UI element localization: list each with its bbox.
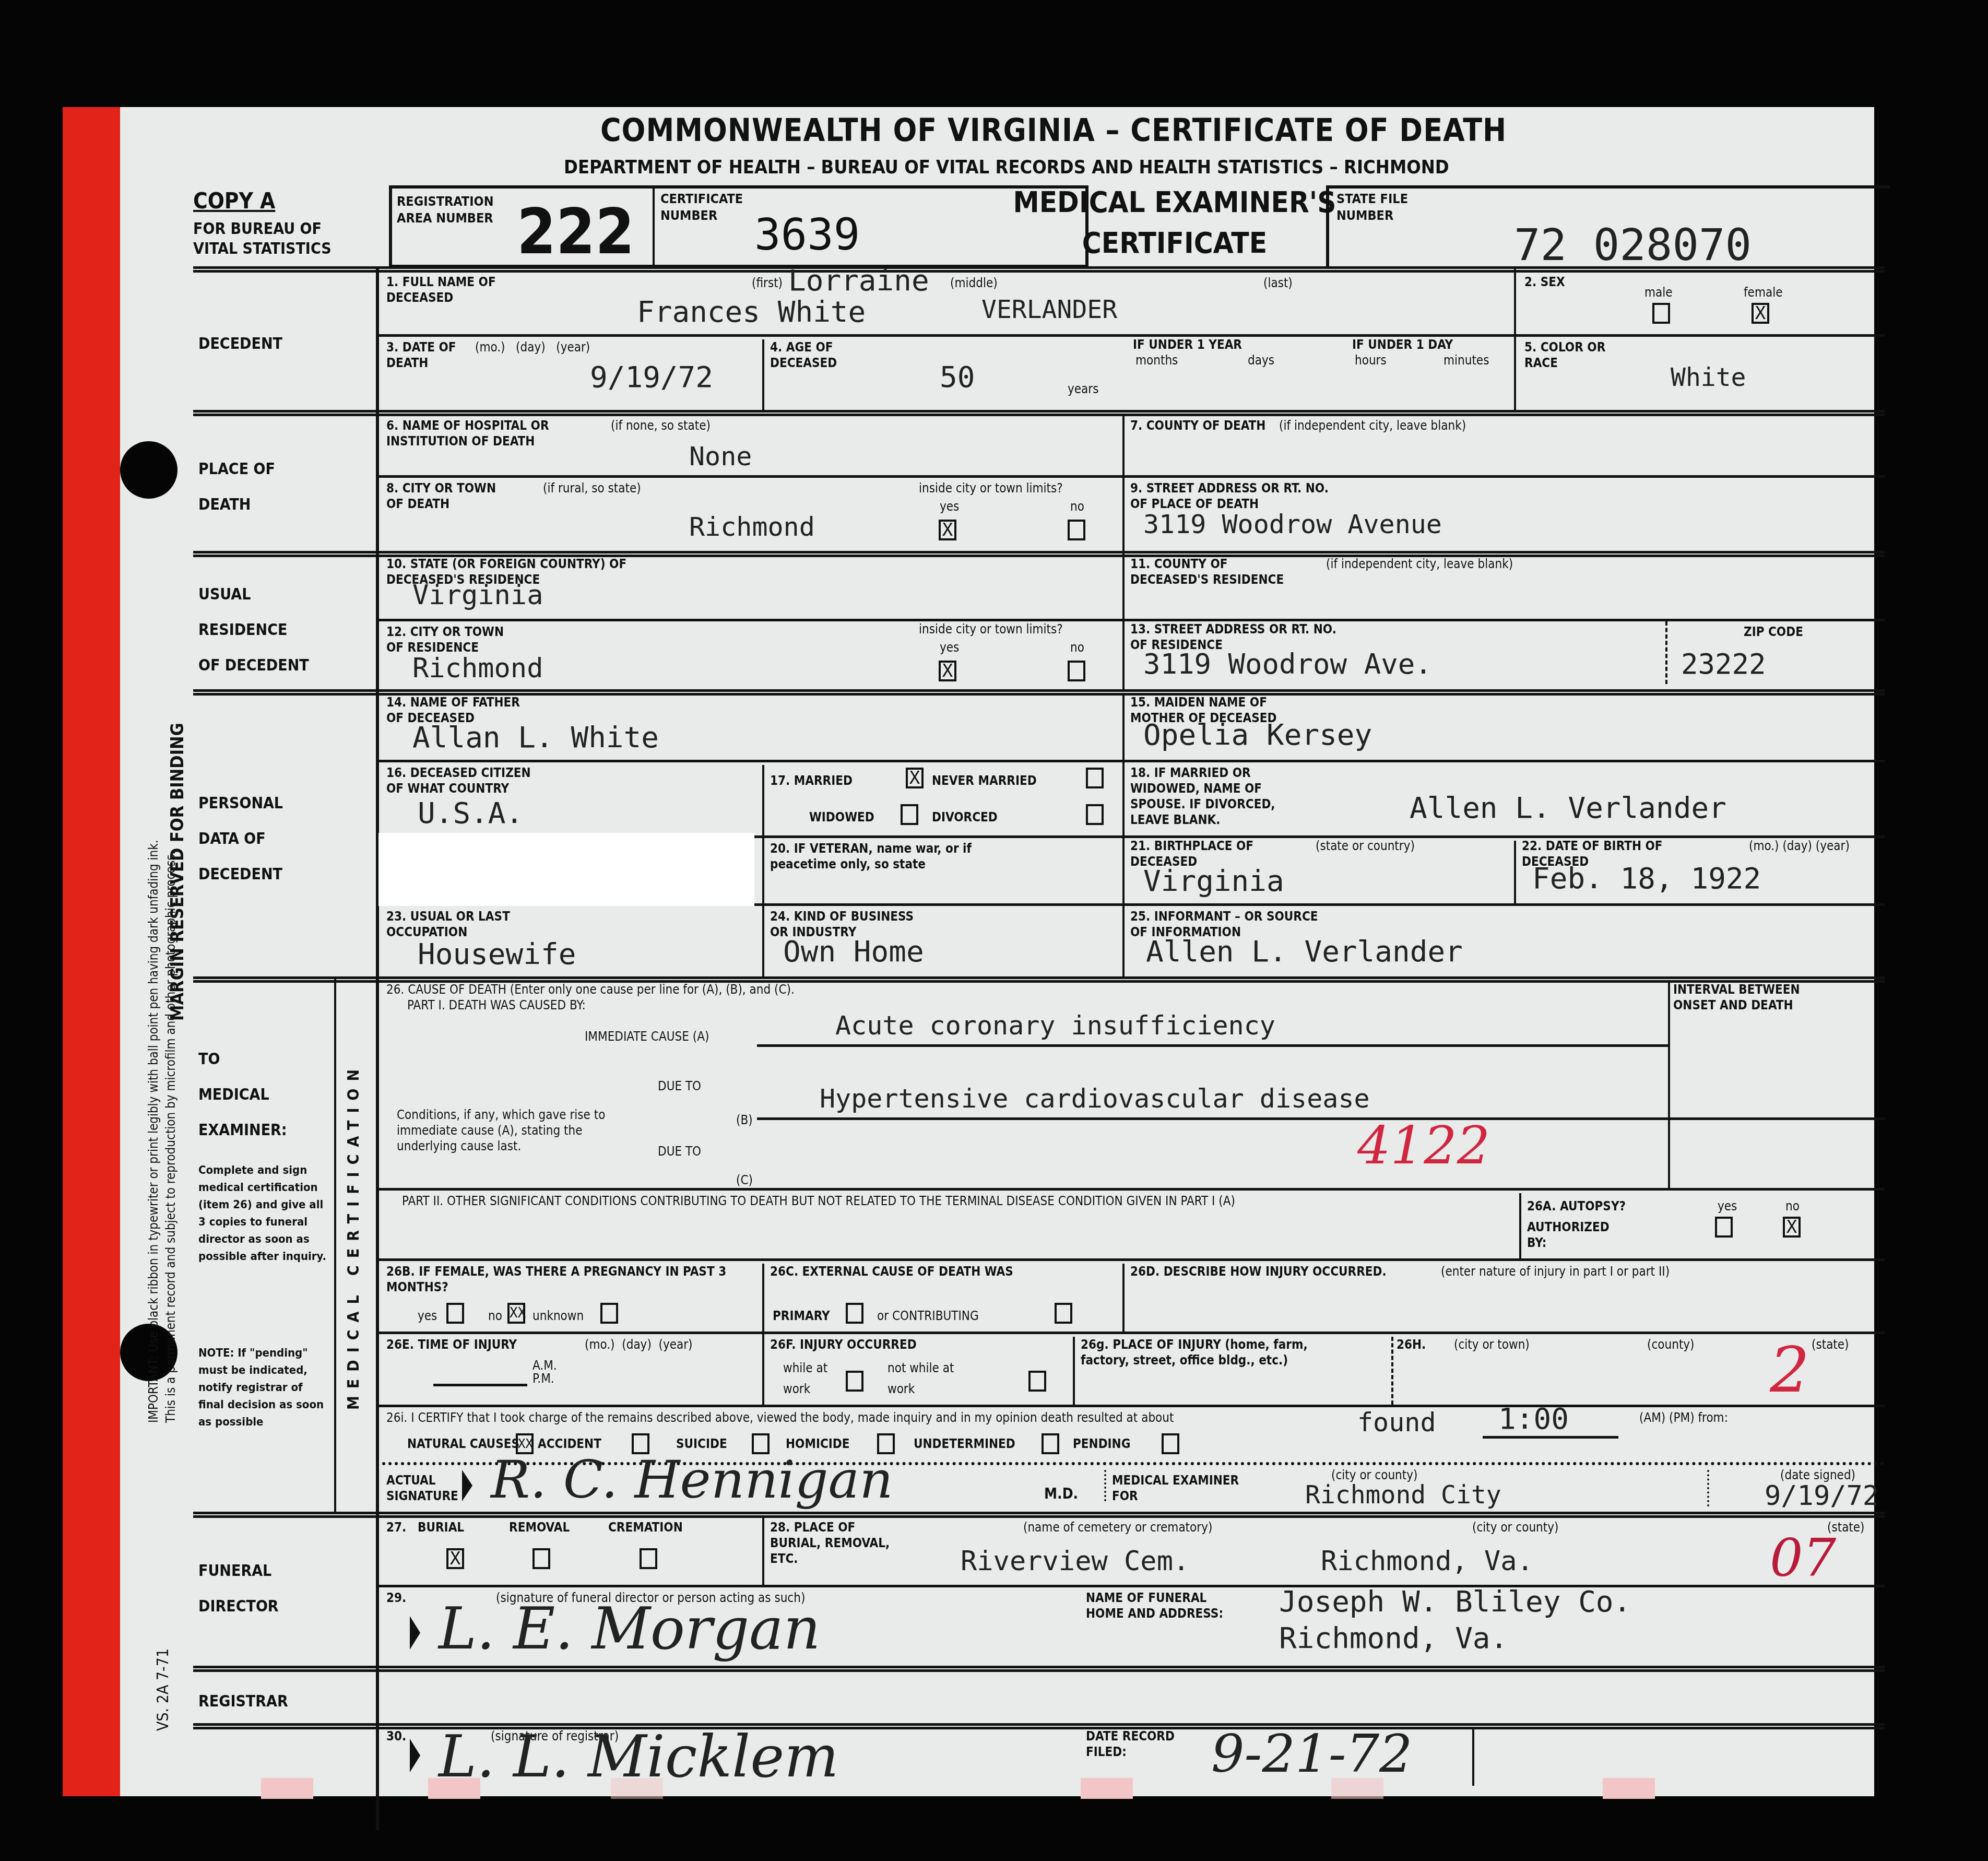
label-b: (B) bbox=[736, 1112, 753, 1128]
label-city-residence: 12. CITY OR TOWN OF RESIDENCE bbox=[386, 624, 512, 655]
checkbox-female[interactable]: X bbox=[1752, 303, 1769, 324]
hint-26h-state: (state) bbox=[1812, 1337, 1849, 1352]
hint-date: (mo.) (day) (year) bbox=[475, 339, 590, 355]
section-registrar: REGISTRAR bbox=[198, 1684, 288, 1719]
certificate-subtitle: DEPARTMENT OF HEALTH – BUREAU OF VITAL R… bbox=[564, 157, 1449, 178]
hint-last: (last) bbox=[1263, 275, 1293, 291]
label-place-burial: 28. PLACE OF BURIAL, REMOVAL, ETC. bbox=[770, 1520, 895, 1566]
hint-burial-city: (city or county) bbox=[1472, 1520, 1558, 1535]
conditions-note: Conditions, if any, which gave rise to i… bbox=[397, 1107, 642, 1154]
checkbox-widowed[interactable] bbox=[901, 804, 918, 825]
label-injury-occurred: 26f. INJURY OCCURRED bbox=[770, 1337, 917, 1352]
red-mark-2: 2 bbox=[1770, 1334, 1809, 1407]
value-date-of-death[interactable]: 9/19/72 bbox=[590, 360, 713, 394]
checkbox-res-no[interactable] bbox=[1068, 661, 1085, 681]
punch-hole bbox=[120, 441, 177, 499]
label-female: female bbox=[1744, 285, 1782, 300]
checkbox-preg-yes[interactable] bbox=[446, 1303, 464, 1324]
label-yes-res: yes bbox=[940, 640, 959, 655]
pending-note: NOTE: If "pending" must be indicated, no… bbox=[198, 1345, 329, 1431]
label-veteran: 20. IF VETERAN, name war, or if peacetim… bbox=[770, 841, 989, 872]
label-ampm: (AM) (PM) from: bbox=[1639, 1410, 1728, 1426]
label-autopsy: 26a. AUTOPSY? bbox=[1527, 1198, 1626, 1214]
value-birthplace[interactable]: Virginia bbox=[1143, 864, 1284, 898]
value-zip[interactable]: 23222 bbox=[1681, 647, 1766, 680]
label-county-death: 7. COUNTY OF DEATH bbox=[1130, 418, 1265, 433]
value-informant[interactable]: Allen L. Verlander bbox=[1146, 935, 1463, 969]
value-state-residence[interactable]: Virginia bbox=[412, 580, 543, 611]
label-male: male bbox=[1644, 285, 1673, 300]
label-place-injury: 26g. PLACE OF INJURY (home, farm, factor… bbox=[1081, 1337, 1326, 1368]
hint-26h-city: (city or town) bbox=[1454, 1337, 1530, 1352]
value-city-residence[interactable]: Richmond bbox=[412, 653, 543, 684]
label-citizen: 16. DECEASED CITIZEN OF WHAT COUNTRY bbox=[386, 765, 543, 796]
red-code-4122: 4122 bbox=[1357, 1115, 1490, 1176]
checkbox-autopsy-yes[interactable] bbox=[1715, 1217, 1733, 1238]
label-preg-unknown: unknown bbox=[532, 1308, 584, 1324]
section-personal-1: PERSONAL bbox=[198, 786, 283, 821]
label-no: no bbox=[1070, 499, 1084, 514]
hint-first: (first) bbox=[752, 275, 783, 291]
hint-26h-county: (county) bbox=[1647, 1337, 1695, 1352]
section-residence-1: USUAL bbox=[198, 577, 251, 613]
label-age: 4. AGE OF DECEASED bbox=[770, 339, 874, 371]
label-date-of-death: 3. DATE OF DEATH bbox=[386, 339, 465, 371]
value-race[interactable]: White bbox=[1671, 363, 1746, 392]
section-to-me-3: EXAMINER: bbox=[198, 1113, 287, 1148]
label-limits: inside city or town limits? bbox=[919, 480, 1063, 496]
redacted-field bbox=[378, 833, 754, 906]
label-contributing: or CONTRIBUTING bbox=[877, 1308, 979, 1324]
value-middle-name[interactable]: Frances White bbox=[637, 295, 866, 329]
label-time-injury: 26e. TIME OF INJURY bbox=[386, 1337, 517, 1352]
label-md: M.D. bbox=[1044, 1486, 1078, 1502]
form-code: VS. 2A 7-71 bbox=[154, 1648, 172, 1731]
label-interval: INTERVAL BETWEEN ONSET AND DEATH bbox=[1673, 982, 1830, 1013]
label-race: 5. COLOR OR RACE bbox=[1524, 339, 1608, 371]
value-first-name[interactable]: Lorraine bbox=[788, 264, 929, 298]
checkbox-undetermined[interactable] bbox=[1042, 1433, 1059, 1454]
label-days: days bbox=[1248, 352, 1274, 368]
label-undetermined: UNDETERMINED bbox=[914, 1436, 1015, 1452]
label-city-death: 8. CITY OR TOWN OF DEATH bbox=[386, 480, 512, 512]
hint-cemetery: (name of cemetery or crematory) bbox=[1023, 1520, 1212, 1535]
death-certificate: MARGIN RESERVED FOR BINDING IMPORTANT: U… bbox=[63, 107, 1874, 1796]
label-married: 17. MARRIED bbox=[770, 773, 853, 788]
checkbox-never-married[interactable] bbox=[1086, 768, 1104, 788]
section-to-me-1: TO bbox=[198, 1042, 220, 1077]
label-spouse: 18. IF MARRIED OR WIDOWED, NAME OF SPOUS… bbox=[1130, 765, 1318, 828]
label-sex: 2. SEX bbox=[1524, 274, 1565, 290]
me-signature[interactable]: R. C. Hennigan bbox=[491, 1449, 893, 1510]
value-age[interactable]: 50 bbox=[940, 360, 975, 394]
label-cremation: CREMATION bbox=[608, 1520, 683, 1535]
label-under-year: IF UNDER 1 YEAR bbox=[1133, 337, 1242, 352]
value-time-death[interactable]: 1:00 bbox=[1498, 1402, 1569, 1436]
label-under-day: IF UNDER 1 DAY bbox=[1352, 337, 1453, 352]
label-27: 27. bbox=[386, 1520, 406, 1535]
label-describe-injury: 26d. DESCRIBE HOW INJURY OCCURRED. bbox=[1130, 1264, 1387, 1279]
value-city-death[interactable]: Richmond bbox=[689, 512, 815, 542]
value-examiner-city[interactable]: Richmond City bbox=[1305, 1480, 1501, 1510]
red-binding-strip bbox=[63, 107, 120, 1796]
label-part2: PART II. OTHER SIGNIFICANT CONDITIONS CO… bbox=[402, 1193, 1237, 1209]
label-full-name: 1. FULL NAME OF DECEASED bbox=[386, 274, 522, 305]
section-funeral-2: DIRECTOR bbox=[198, 1589, 279, 1624]
red-code-07: 07 bbox=[1770, 1527, 1836, 1588]
certificate-label: CERTIFICATE NUMBER bbox=[660, 191, 754, 224]
label-cause-header: 26. CAUSE OF DEATH (Enter only one cause… bbox=[386, 982, 795, 997]
label-part1: PART I. DEATH WAS CAUSED BY: bbox=[407, 997, 586, 1013]
section-residence-2: RESIDENCE bbox=[198, 613, 287, 648]
section-personal-3: DECEDENT bbox=[198, 857, 282, 892]
value-cause-b[interactable]: Hypertensive cardiovascular disease bbox=[820, 1083, 1370, 1114]
label-while-work: while at work bbox=[783, 1358, 841, 1399]
checkbox-inside-no[interactable] bbox=[1068, 520, 1085, 540]
label-funeral-home: NAME OF FUNERAL HOME AND ADDRESS: bbox=[1086, 1590, 1242, 1621]
label-never-married: NEVER MARRIED bbox=[932, 773, 1037, 788]
checkbox-preg-no[interactable]: XX bbox=[507, 1303, 525, 1324]
signature-arrow-icon bbox=[462, 1470, 472, 1501]
value-street-death[interactable]: 3119 Woodrow Avenue bbox=[1143, 509, 1442, 539]
signature-arrow-icon bbox=[410, 1739, 420, 1772]
label-due-to-2: DUE TO bbox=[658, 1144, 701, 1159]
label-primary: PRIMARY bbox=[773, 1308, 830, 1324]
state-file-number: 72 028070 bbox=[1514, 219, 1752, 270]
label-hours: hours bbox=[1355, 352, 1387, 368]
value-burial-city[interactable]: Richmond, Va. bbox=[1321, 1546, 1533, 1577]
value-street-residence[interactable]: 3119 Woodrow Ave. bbox=[1143, 647, 1432, 680]
label-preg-yes: yes bbox=[418, 1308, 437, 1324]
label-pregnancy: 26b. IF FEMALE, WAS THERE A PREGNANCY IN… bbox=[386, 1264, 731, 1295]
label-county-residence: 11. COUNTY OF DECEASED'S RESIDENCE bbox=[1130, 556, 1287, 587]
checkbox-not-while-work[interactable] bbox=[1028, 1371, 1046, 1392]
hint-hospital: (if none, so state) bbox=[611, 418, 711, 433]
funeral-director-signature[interactable]: L. E. Morgan bbox=[439, 1595, 821, 1662]
signature-arrow-icon bbox=[410, 1616, 420, 1650]
label-29: 29. bbox=[386, 1590, 406, 1606]
checkbox-cremation[interactable] bbox=[640, 1548, 657, 1569]
copy-sub: FOR BUREAU OF VITAL STATISTICS bbox=[193, 219, 365, 259]
label-months: months bbox=[1135, 352, 1178, 368]
value-dob[interactable]: Feb. 18, 1922 bbox=[1532, 862, 1761, 896]
hint-birthplace: (state or country) bbox=[1316, 838, 1415, 854]
label-pending: PENDING bbox=[1073, 1436, 1130, 1452]
permanent-record-note: This is a permanent record and subject t… bbox=[163, 851, 178, 1423]
medical-certification-label: MEDICAL CERTIFICATION bbox=[345, 1062, 363, 1410]
value-mother[interactable]: Opelia Kersey bbox=[1143, 718, 1372, 752]
label-not-while-work: not while at work bbox=[887, 1358, 966, 1399]
value-cemetery[interactable]: Riverview Cem. bbox=[961, 1546, 1189, 1577]
label-autopsy-no: no bbox=[1785, 1198, 1800, 1214]
checkbox-removal[interactable] bbox=[532, 1548, 550, 1569]
label-26h: 26h. bbox=[1397, 1337, 1426, 1352]
hint-county-residence: (if independent city, leave blank) bbox=[1326, 556, 1513, 572]
checkbox-male[interactable] bbox=[1652, 303, 1670, 324]
label-external-cause: 26c. EXTERNAL CAUSE OF DEATH WAS bbox=[770, 1264, 1013, 1279]
checkbox-divorced[interactable] bbox=[1086, 804, 1104, 825]
label-c: (C) bbox=[736, 1172, 753, 1188]
state-file-label: STATE FILE NUMBER bbox=[1336, 191, 1441, 224]
section-place-of-death-1: PLACE OF bbox=[198, 452, 275, 487]
checkbox-contributing[interactable] bbox=[1055, 1303, 1072, 1324]
label-occupation: 23. USUAL OR LAST OCCUPATION bbox=[386, 909, 522, 940]
label-burial: BURIAL bbox=[418, 1520, 464, 1535]
certificate-number: 3639 bbox=[754, 209, 860, 260]
value-occupation[interactable]: Housewife bbox=[418, 937, 576, 971]
value-business[interactable]: Own Home bbox=[783, 935, 924, 969]
hint-rural: (if rural, so state) bbox=[543, 480, 641, 496]
medical-cert-divider bbox=[334, 976, 336, 1514]
label-street-death: 9. STREET ADDRESS OR RT. NO. OF PLACE OF… bbox=[1130, 480, 1350, 512]
copy-label: COPY A bbox=[193, 188, 275, 214]
label-pm: P.M. bbox=[532, 1371, 554, 1386]
label-immediate-cause: IMMEDIATE CAUSE (A) bbox=[585, 1029, 709, 1044]
label-preg-no: no bbox=[488, 1308, 502, 1324]
grid-left-border bbox=[376, 269, 379, 1830]
checkbox-primary[interactable] bbox=[846, 1303, 863, 1324]
hint-dob: (mo.) (day) (year) bbox=[1749, 838, 1850, 854]
label-yes: yes bbox=[940, 499, 959, 514]
checkbox-pending[interactable] bbox=[1162, 1433, 1179, 1454]
checkbox-burial[interactable]: X bbox=[446, 1548, 464, 1569]
section-decedent: DECEDENT bbox=[198, 326, 282, 362]
section-to-me-2: MEDICAL bbox=[198, 1077, 269, 1113]
value-hospital[interactable]: None bbox=[689, 441, 752, 472]
value-cause-a[interactable]: Acute coronary insufficiency bbox=[835, 1010, 1275, 1041]
value-date-filed[interactable]: 9-21-72 bbox=[1211, 1723, 1413, 1784]
checkbox-while-work[interactable] bbox=[846, 1371, 863, 1392]
section-personal-2: DATA OF bbox=[198, 821, 266, 857]
value-found[interactable]: found bbox=[1357, 1407, 1436, 1438]
certify-text: 26i. I CERTIFY that I took charge of the… bbox=[386, 1410, 1457, 1426]
label-widowed: WIDOWED bbox=[809, 809, 874, 825]
label-autopsy-yes: yes bbox=[1718, 1198, 1737, 1214]
checkbox-preg-unknown[interactable] bbox=[600, 1303, 618, 1324]
label-actual-signature: ACTUAL SIGNATURE bbox=[386, 1473, 454, 1504]
label-zip: ZIP CODE bbox=[1744, 624, 1803, 640]
value-last-name[interactable]: VERLANDER bbox=[981, 295, 1117, 324]
label-years: years bbox=[1068, 381, 1098, 397]
checkbox-married[interactable]: X bbox=[906, 768, 924, 788]
value-spouse[interactable]: Allen L. Verlander bbox=[1410, 791, 1726, 825]
checkbox-res-yes[interactable]: X bbox=[939, 661, 956, 681]
section-funeral-1: FUNERAL bbox=[198, 1553, 271, 1589]
important-note: IMPORTANT: Use black ribbon in typewrite… bbox=[146, 840, 161, 1423]
hint-time-injury: (mo.) (day) (year) bbox=[585, 1337, 693, 1352]
section-residence-3: OF DECEDENT bbox=[198, 648, 309, 684]
label-no-res: no bbox=[1070, 640, 1084, 655]
hint-county-death: (if independent city, leave blank) bbox=[1279, 418, 1466, 433]
value-funeral-home-city[interactable]: Richmond, Va. bbox=[1279, 1621, 1508, 1655]
value-father[interactable]: Allan L. White bbox=[412, 721, 659, 755]
label-hospital: 6. NAME OF HOSPITAL OR INSTITUTION OF DE… bbox=[386, 418, 595, 449]
hint-describe-injury: (enter nature of injury in part I or par… bbox=[1441, 1264, 1670, 1279]
label-30: 30. bbox=[386, 1728, 406, 1744]
certificate-title: COMMONWEALTH OF VIRGINIA – CERTIFICATE O… bbox=[600, 112, 1507, 149]
checkbox-inside-yes[interactable]: X bbox=[939, 520, 956, 540]
label-divorced: DIVORCED bbox=[932, 809, 998, 825]
complete-sign-note: Complete and sign medical certification … bbox=[198, 1162, 329, 1265]
label-authorized: AUTHORIZED BY: bbox=[1527, 1219, 1631, 1251]
registration-number: 222 bbox=[517, 196, 634, 268]
section-place-of-death-2: DEATH bbox=[198, 487, 251, 523]
label-examiner-for: MEDICAL EXAMINER FOR bbox=[1112, 1473, 1269, 1504]
hint-middle: (middle) bbox=[950, 275, 998, 291]
label-date-filed: DATE RECORD FILED: bbox=[1086, 1728, 1211, 1760]
value-funeral-home[interactable]: Joseph W. Bliley Co. bbox=[1279, 1585, 1631, 1619]
label-removal: REMOVAL bbox=[509, 1520, 570, 1535]
label-limits-res: inside city or town limits? bbox=[919, 621, 1063, 637]
value-date-signed[interactable]: 9/19/72 bbox=[1765, 1480, 1879, 1512]
value-citizen[interactable]: U.S.A. bbox=[418, 796, 523, 830]
checkbox-autopsy-no[interactable]: X bbox=[1783, 1217, 1801, 1238]
label-due-to-1: DUE TO bbox=[658, 1078, 701, 1094]
label-minutes: minutes bbox=[1443, 352, 1489, 368]
registration-label: REGISTRATION AREA NUMBER bbox=[397, 193, 512, 227]
